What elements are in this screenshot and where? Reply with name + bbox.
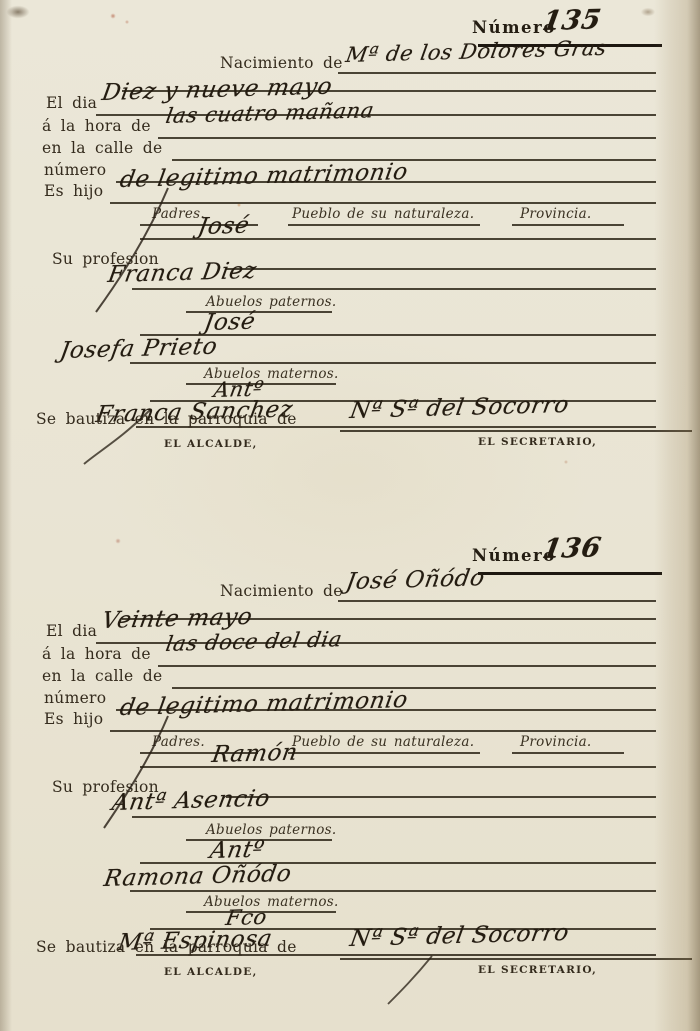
writing-line (110, 202, 656, 204)
mother-name-value: Antª Asencio (110, 786, 272, 816)
provincia-header: Provincia. (520, 734, 592, 750)
mother-name-value: Franca Diez (106, 258, 259, 288)
bautiza-label: Se bautiza en la parroquia de (36, 938, 297, 956)
writing-line (172, 687, 656, 689)
page-gutter-shadow (654, 0, 700, 1031)
es-hijo-label: Es hijo (44, 182, 103, 200)
el-dia-label: El dia (46, 622, 97, 640)
paternal-grandfather-value: Antº (208, 837, 266, 864)
writing-line (110, 730, 656, 732)
es-hijo-label: Es hijo (44, 710, 103, 728)
hora-label: á la hora de (42, 117, 151, 135)
pueblo-header: Pueblo de su naturaleza. (292, 206, 474, 222)
nacimiento-label: Nacimiento de (220, 54, 343, 72)
writing-line (132, 816, 656, 818)
writing-line (338, 72, 656, 74)
writing-line (340, 958, 692, 960)
numero-value: 135 (540, 4, 604, 37)
filiacion-value: de legitimo matrimonio (118, 687, 410, 721)
abuelos-paternos-header: Abuelos paternos. (206, 294, 336, 310)
paternal-grandmother-value: Josefa Prieto (58, 334, 219, 364)
writing-line (130, 890, 656, 892)
writing-line (130, 362, 656, 364)
birth-hour-value: las doce del dia (164, 627, 344, 656)
padres-header: Padres. (152, 206, 205, 222)
pueblo-header: Pueblo de su naturaleza. (292, 734, 474, 750)
alcalde-label: EL ALCALDE, (164, 438, 258, 450)
father-name-value: José (196, 213, 251, 240)
father-name-value: Ramón (210, 740, 300, 768)
header-underline (512, 752, 624, 754)
calle-label: en la calle de (42, 667, 162, 685)
birth-name-value: Mª de los Dolores Gras (344, 36, 609, 67)
scanned-register-page: Número 135 Nacimiento de Mª de los Dolor… (0, 0, 700, 1031)
writing-line (158, 665, 656, 667)
writing-line (226, 268, 656, 270)
padres-header: Padres. (152, 734, 205, 750)
alcalde-label: EL ALCALDE, (164, 966, 258, 978)
writing-line (226, 796, 656, 798)
hora-label: á la hora de (42, 645, 151, 663)
abuelos-paternos-header: Abuelos paternos. (206, 822, 336, 838)
writing-line (132, 288, 656, 290)
filiacion-value: de legitimo matrimonio (118, 159, 410, 193)
paternal-grandfather-value: José (202, 309, 257, 336)
writing-line (140, 238, 656, 240)
header-underline (512, 224, 624, 226)
birth-record-1: Número 135 Nacimiento de Mª de los Dolor… (0, 10, 700, 460)
provincia-header: Provincia. (520, 206, 592, 222)
header-underline (288, 752, 480, 754)
writing-line (338, 600, 656, 602)
nacimiento-label: Nacimiento de (220, 582, 343, 600)
writing-line (140, 766, 656, 768)
numero-casa-label: número (44, 689, 106, 707)
parroquia-value: Nª Sª del Socorro (348, 392, 571, 424)
abuelos-maternos-header: Abuelos maternos. (204, 894, 339, 910)
numero-value: 136 (540, 532, 604, 565)
writing-line (158, 137, 656, 139)
el-dia-label: El dia (46, 94, 97, 112)
writing-line (172, 159, 656, 161)
numero-casa-label: número (44, 161, 106, 179)
writing-line (340, 430, 692, 432)
calle-label: en la calle de (42, 139, 162, 157)
bautiza-label: Se bautiza en la parroquia de (36, 410, 297, 428)
parroquia-value: Nª Sª del Socorro (348, 920, 571, 952)
header-underline (288, 224, 480, 226)
birth-record-2: Número 136 Nacimiento de José Oñódo El d… (0, 538, 700, 988)
birth-name-value: José Oñódo (344, 565, 487, 595)
secretario-label: EL SECRETARIO, (478, 964, 597, 976)
secretario-label: EL SECRETARIO, (478, 436, 597, 448)
numero-underline (478, 572, 662, 575)
paternal-grandmother-value: Ramona Oñódo (102, 861, 294, 892)
birth-hour-value: las cuatro mañana (164, 98, 376, 128)
